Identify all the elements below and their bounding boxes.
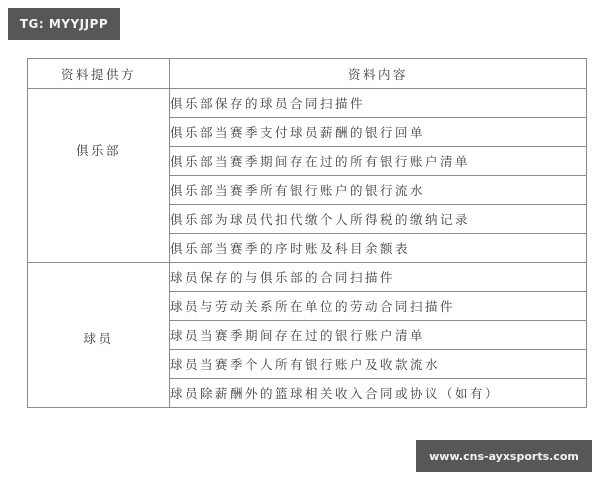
- watermark-bottom-badge: www.cns-ayxsports.com: [416, 440, 592, 472]
- content-cell: 球员当赛季个人所有银行账户及收款流水: [170, 350, 587, 379]
- content-cell: 俱乐部当赛季的序时账及科目余额表: [170, 234, 587, 263]
- table-header-row: 资料提供方 资料内容: [28, 59, 587, 89]
- provider-cell-player: 球员: [28, 263, 170, 408]
- content-cell: 球员与劳动关系所在单位的劳动合同扫描件: [170, 292, 587, 321]
- header-provider: 资料提供方: [28, 59, 170, 89]
- content-cell: 俱乐部当赛季期间存在过的所有银行账户清单: [170, 147, 587, 176]
- content-cell: 球员除薪酬外的篮球相关收入合同或协议（如有）: [170, 379, 587, 408]
- provider-label: 球员: [28, 329, 169, 347]
- table-row: 球员 球员保存的与俱乐部的合同扫描件: [28, 263, 587, 292]
- table-row: 俱乐部 俱乐部保存的球员合同扫描件: [28, 89, 587, 118]
- provider-cell-club: 俱乐部: [28, 89, 170, 263]
- content-cell: 球员保存的与俱乐部的合同扫描件: [170, 263, 587, 292]
- header-content: 资料内容: [170, 59, 587, 89]
- content-cell: 俱乐部保存的球员合同扫描件: [170, 89, 587, 118]
- content-cell: 俱乐部当赛季所有银行账户的银行流水: [170, 176, 587, 205]
- content-cell: 球员当赛季期间存在过的银行账户清单: [170, 321, 587, 350]
- content-cell: 俱乐部当赛季支付球员薪酬的银行回单: [170, 118, 587, 147]
- watermark-top-badge: TG: MYYJJPP: [8, 8, 120, 40]
- content-cell: 俱乐部为球员代扣代缴个人所得税的缴纳记录: [170, 205, 587, 234]
- provider-label: 俱乐部: [28, 141, 169, 159]
- document-table: 资料提供方 资料内容 俱乐部 俱乐部保存的球员合同扫描件 俱乐部当赛季支付球员薪…: [27, 58, 587, 408]
